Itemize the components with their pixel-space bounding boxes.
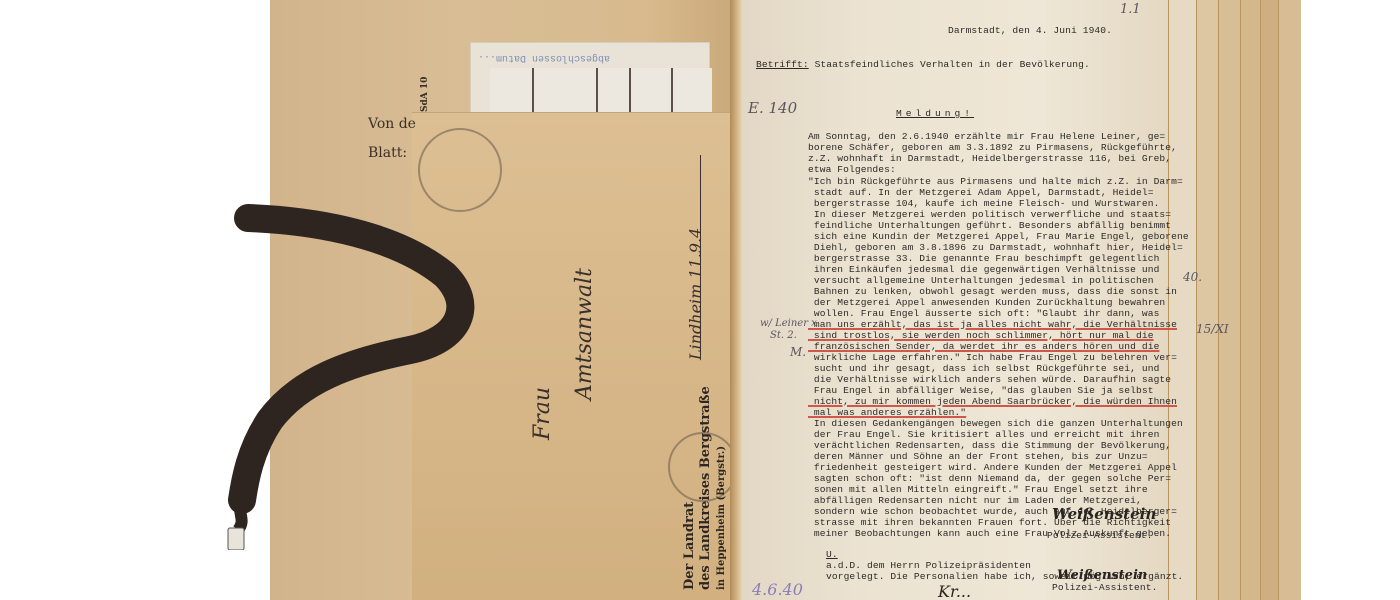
page-stack-edges [1168, 0, 1308, 600]
stamp-line-1: Der Landrat [682, 502, 697, 590]
handwriting-spine-note: Lindheim 11.9.4 [686, 228, 705, 360]
blue-pencil-date: 4.6.40 [752, 580, 803, 599]
signature-2-title: Polizei-Assistent. [1052, 582, 1157, 593]
body-line: wollen. Frau Engel äusserte sich oft: "G… [808, 308, 1159, 319]
card-divider [671, 68, 673, 114]
body-line: z.Z. wohnhaft in Darmstadt, Heidelberger… [808, 153, 1171, 164]
stack-margin-note: 15/XI [1196, 322, 1229, 336]
date-line: Darmstadt, den 4. Juni 1940. [948, 25, 1112, 36]
archival-file-photo: abgeschlossen Datum... SdA 10 Von de Bla… [0, 0, 1400, 600]
margin-note: St. 2. [770, 330, 797, 341]
stamp-line-3: in Heppenheim (Bergstr.) [714, 446, 729, 590]
cord-icon [210, 190, 490, 550]
subject-text: Staatsfeindliches Verhalten in der Bevöl… [815, 59, 1090, 70]
body-line: bergerstrasse 104, kaufe ich meine Fleis… [808, 198, 1159, 209]
body-line: verächtlichen Redensarten, dass die Stim… [808, 440, 1171, 451]
inner-index-card [490, 68, 712, 116]
footer-label: U. [826, 549, 838, 560]
card-divider [596, 68, 598, 114]
footer-line-1: a.d.D. dem Herrn Polizeipräsidenten [826, 560, 1031, 571]
body-line: Diehl, geboren am 3.8.1896 zu Darmstadt,… [808, 242, 1183, 253]
body-line: In diesen Gedankengängen bewegen sich di… [808, 418, 1183, 429]
body-line: wirkliche Lage erfahren." Ich habe Frau … [808, 352, 1177, 363]
margin-note: M. [790, 345, 806, 359]
body-line: deren Männer und Söhne an der Front steh… [808, 451, 1148, 462]
slip-typed-text: abgeschlossen Datum... [478, 52, 610, 63]
side-stamp-line: SdA 10 [418, 77, 433, 112]
subject-label: Betrifft: [756, 59, 809, 70]
stamp-line-2: des Landkreises Bergstraße [698, 386, 713, 590]
body-line: Bahnen zu lenken, obwohl gesagt werden m… [808, 286, 1177, 297]
handwriting-frau: Frau [530, 387, 555, 440]
margin-note: w/ Leiner x [760, 318, 817, 329]
body-line: borene Schäfer, geboren am 3.3.1892 zu P… [808, 142, 1177, 153]
handwriting-underline [700, 155, 701, 355]
form-label-blatt: Blatt: [368, 145, 407, 161]
stack-margin-note: 40. [1183, 270, 1202, 284]
body-line: "Ich bin Rückgeführte aus Pirmasens und … [808, 176, 1183, 187]
body-line: ihren Einkäufen jedesmal die gegenwärtig… [808, 264, 1159, 275]
form-label-von: Von de [368, 116, 416, 132]
body-line: der Frau Engel. Sie kritisiert alles und… [808, 429, 1159, 440]
card-divider [629, 68, 631, 114]
body-line: feindliche Unterhaltungen geführt. Beson… [808, 220, 1171, 231]
signature-1: Weißenstein [1052, 505, 1156, 523]
body-line: der Metzgerei Appel anwesenden Kunden Zu… [808, 297, 1165, 308]
margin-note-e140: E. 140 [748, 99, 797, 117]
body-line: sagten schon oft: "ist denn Niemand da, … [808, 473, 1171, 484]
body-line: stadt auf. In der Metzgerei Adam Appel, … [808, 187, 1154, 198]
subject-line: Betrifft: Staatsfeindliches Verhalten in… [756, 59, 1090, 70]
handwriting-amtsanwalt: Amtsanwalt [572, 268, 597, 400]
signature-1-title: Polizei-Assistent. [1047, 530, 1152, 541]
signature-2: Weißenstein [1057, 568, 1147, 583]
body-line-underlined: sind trostlos, sie werden noch schlimmer… [808, 330, 1154, 341]
body-line: Am Sonntag, den 2.6.1940 erzählte mir Fr… [808, 131, 1165, 142]
body-line: sonen mit allen Mitteln eingreift." Frau… [808, 484, 1148, 495]
body-line: friedenheit gesteigert wird. Andere Kund… [808, 462, 1177, 473]
body-line: sucht und ihr gesagt, dass ich selbst Rü… [808, 363, 1159, 374]
card-divider [532, 68, 534, 114]
body-line: Frau Engel in abfälliger Weise, "das gla… [808, 385, 1154, 396]
body-line: In dieser Metzgerei werden politisch ver… [808, 209, 1171, 220]
body-line: versucht allgemeine Unterhaltungen jedes… [808, 275, 1154, 286]
bottom-signature: Kr... [938, 582, 971, 600]
body-line-underlined: mal was anderes erzählen." [808, 407, 966, 418]
body-line: etwa Folgendes: [808, 164, 896, 175]
report-title: Meldung! [896, 108, 974, 119]
body-line-underlined: französischen Sender, da werdet ihr es a… [808, 341, 1159, 352]
body-line-underlined: nicht, zu mir kommen jeden Abend Saarbrü… [808, 396, 1177, 407]
body-line: sich eine Kundin der Metzgerei Appel, Fr… [808, 231, 1189, 242]
body-line: die Verhältnisse wirklich anders sehen w… [808, 374, 1171, 385]
body-line: bergerstrasse 33. Die genannte Frau besc… [808, 253, 1159, 264]
body-line-underlined: man uns erzählt, das ist ja alles nicht … [808, 319, 1177, 330]
corner-folio-mark: 1.1 [1120, 2, 1141, 17]
